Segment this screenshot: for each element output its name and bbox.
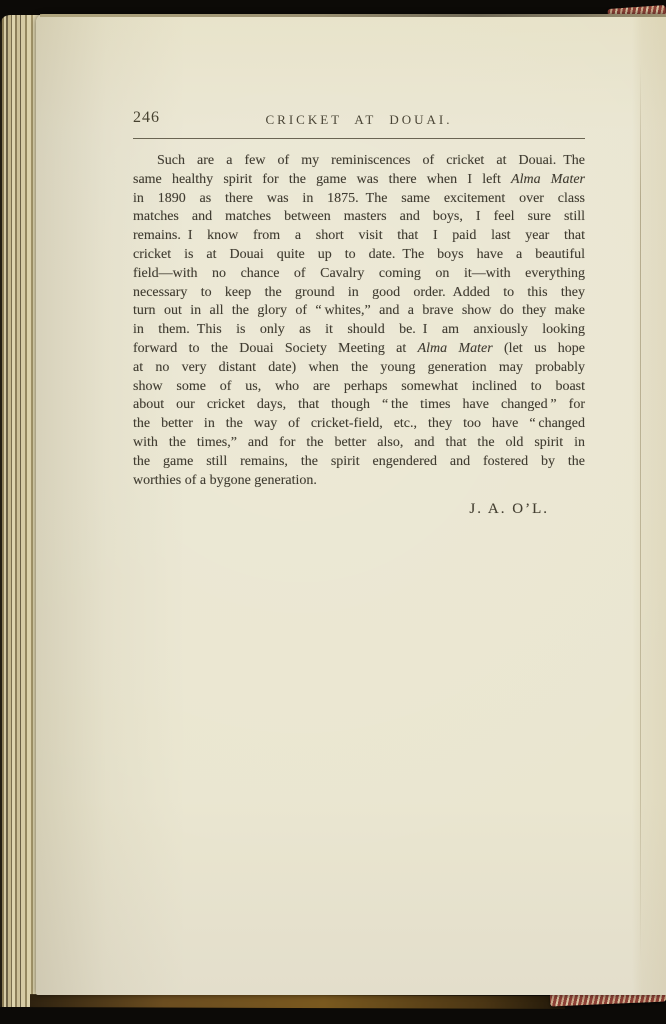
text-line: same healthy spirit for the game was the…	[133, 171, 585, 190]
text-line: matches and matches between masters and …	[133, 208, 585, 227]
page-crease	[640, 64, 641, 964]
text-line: in 1890 as there was in 1875. The same e…	[133, 190, 585, 209]
page-header: 246 CRICKET AT DOUAI.	[133, 108, 585, 130]
text-line: turn out in all the glory of “ whites,” …	[133, 302, 585, 321]
text-line: in them. This is only as it should be. I…	[133, 321, 585, 340]
text-line: with the times,” and for the better also…	[133, 434, 585, 453]
text-line: remains. I know from a short visit that …	[133, 227, 585, 246]
text-block: 246 CRICKET AT DOUAI. Such are a few of …	[133, 108, 585, 518]
text-line: field—with no chance of Cavalry coming o…	[133, 265, 585, 284]
text-line: the game still remains, the spirit engen…	[133, 453, 585, 472]
text-line: Such are a few of my reminiscences of cr…	[133, 152, 585, 171]
text-line: at no very distant date) when the young …	[133, 359, 585, 378]
text-line: show some of us, who are perhaps somewha…	[133, 378, 585, 397]
text-line: necessary to keep the ground in good ord…	[133, 284, 585, 303]
running-header: CRICKET AT DOUAI.	[133, 112, 585, 128]
body-text: Such are a few of my reminiscences of cr…	[133, 152, 585, 490]
text-line: the better in the way of cricket-field, …	[133, 415, 585, 434]
author-initials: J. A. O’L.	[133, 501, 585, 518]
text-line: forward to the Douai Society Meeting at …	[133, 340, 585, 359]
header-rule	[133, 138, 585, 139]
book-page: 246 CRICKET AT DOUAI. Such are a few of …	[36, 14, 666, 995]
text-line: cricket is at Douai quite up to date. Th…	[133, 246, 585, 265]
page-top-edge	[40, 14, 666, 17]
text-line: worthies of a bygone generation.	[133, 472, 585, 491]
book-photo: 246 CRICKET AT DOUAI. Such are a few of …	[0, 0, 666, 1024]
book-cover-edge-bottom	[30, 994, 565, 1009]
text-line: about our cricket days, that though “ th…	[133, 396, 585, 415]
